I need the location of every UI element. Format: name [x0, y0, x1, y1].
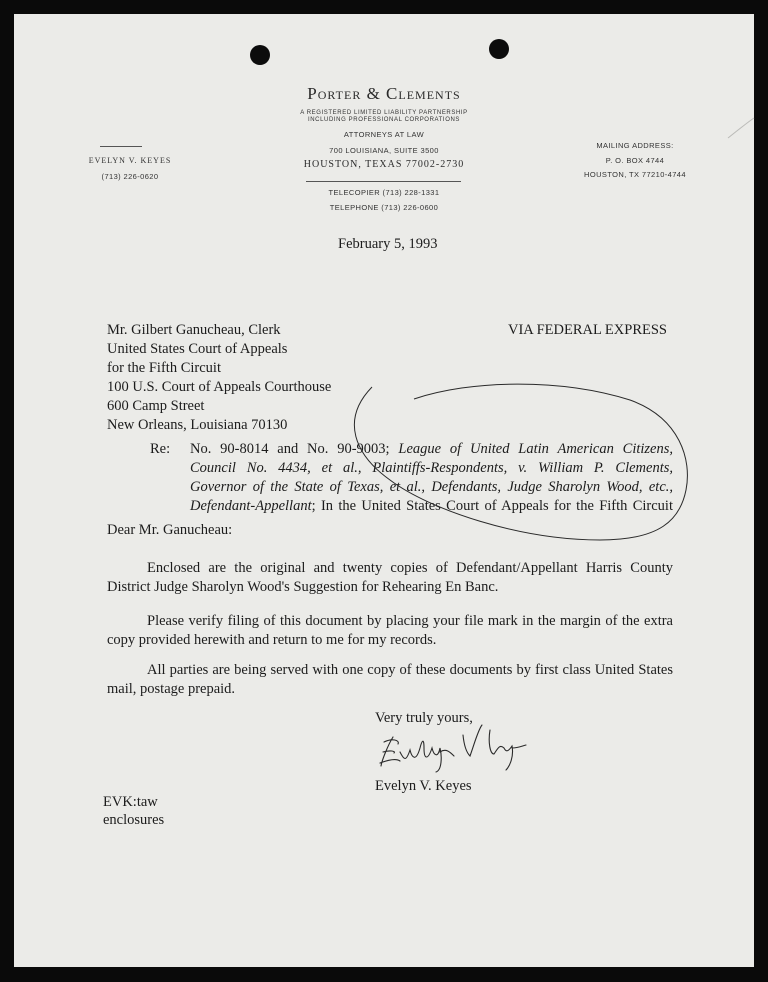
- hand-drawn-circle: [354, 384, 687, 540]
- edge-mark: [728, 118, 754, 138]
- handwritten-annotations: [0, 0, 768, 982]
- signature: [380, 725, 526, 772]
